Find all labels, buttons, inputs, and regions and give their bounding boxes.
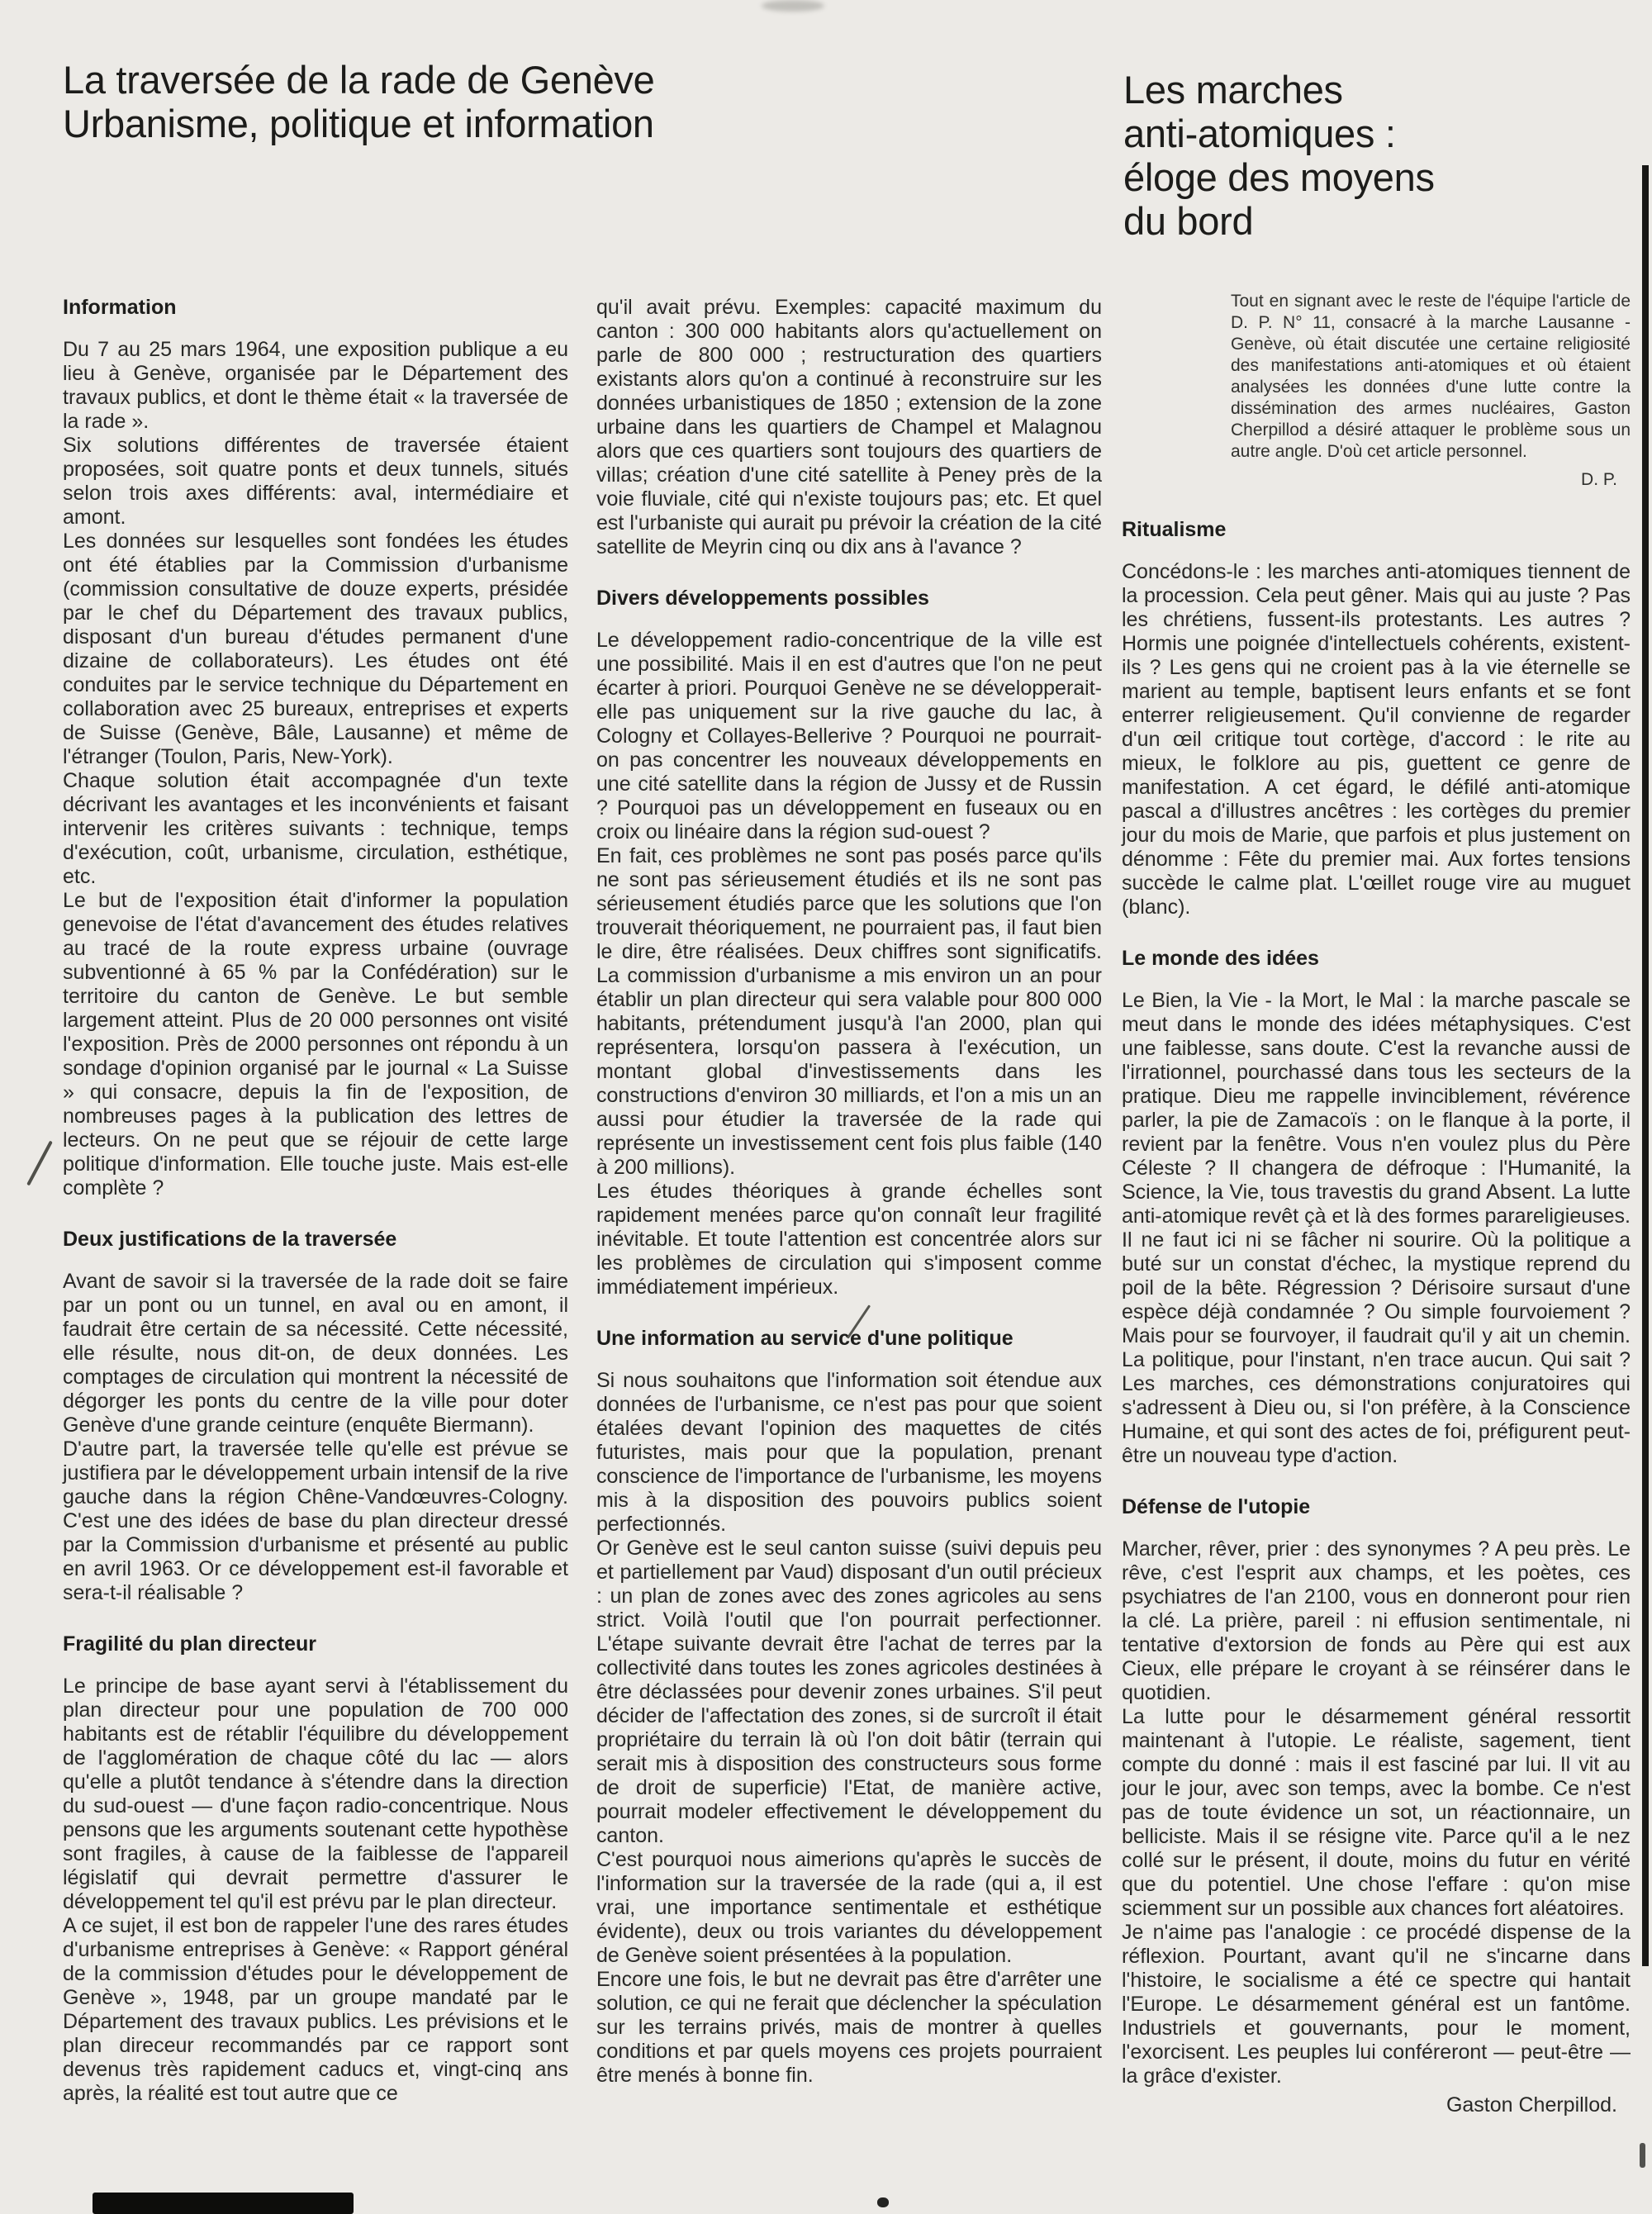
body-paragraph: Les données sur lesquelles sont fondées … <box>63 530 568 769</box>
left-article-title: La traversée de la rade de Genève Urbani… <box>63 58 654 145</box>
body-paragraph: Si nous souhaitons que l'information soi… <box>596 1369 1102 1537</box>
title-line: Les marches <box>1123 68 1619 112</box>
body-paragraph: Le développement radio-concentrique de l… <box>596 629 1102 844</box>
section-heading-information-politique: Une information au service d'une politiq… <box>596 1327 1102 1351</box>
column-2: qu'il avait prévu. Exemples: capacité ma… <box>596 296 1102 2088</box>
body-paragraph: Le principe de base ayant servi à l'étab… <box>63 1675 568 1914</box>
title-line: anti-atomiques : <box>1123 112 1619 155</box>
section-heading-information: Information <box>63 296 568 320</box>
body-paragraph: Le Bien, la Vie - la Mort, le Mal : la m… <box>1122 989 1631 1468</box>
title-line: La traversée de la rade de Genève <box>63 58 654 102</box>
body-paragraph: Six solutions différentes de traversée é… <box>63 434 568 530</box>
body-paragraph: C'est pourquoi nous aimerions qu'après l… <box>596 1848 1102 1968</box>
body-paragraph: Du 7 au 25 mars 1964, une exposition pub… <box>63 338 568 434</box>
column-3: Tout en signant avec le reste de l'équip… <box>1122 291 1631 2117</box>
section-heading-fragilite: Fragilité du plan directeur <box>63 1632 568 1656</box>
section-heading-monde-des-idees: Le monde des idées <box>1122 947 1631 971</box>
scan-artifact-right-edge-line <box>1642 165 1649 1966</box>
intro-signature: D. P. <box>1122 469 1631 491</box>
body-paragraph: En fait, ces problèmes ne sont pas posés… <box>596 844 1102 1180</box>
title-line: Urbanisme, politique et information <box>63 102 654 145</box>
right-article-title: Les marches anti-atomiques : éloge des m… <box>1123 68 1619 243</box>
section-heading-defense-utopie: Défense de l'utopie <box>1122 1495 1631 1519</box>
editorial-intro-note: Tout en signant avec le reste de l'équip… <box>1231 291 1631 463</box>
body-paragraph: A ce sujet, il est bon de rappeler l'une… <box>63 1914 568 2106</box>
body-paragraph: Marcher, rêver, prier : des synonymes ? … <box>1122 1537 1631 1705</box>
body-paragraph: Concédons-le : les marches anti-atomique… <box>1122 560 1631 919</box>
scan-artifact-pen-mark <box>26 1141 53 1186</box>
body-paragraph: Les études théoriques à grande échelles … <box>596 1180 1102 1299</box>
section-heading-developpements: Divers développements possibles <box>596 587 1102 611</box>
author-signature: Gaston Cherpillod. <box>1122 2093 1631 2117</box>
body-paragraph: Le but de l'exposition était d'informer … <box>63 889 568 1200</box>
column-1: Information Du 7 au 25 mars 1964, une ex… <box>63 296 568 2106</box>
title-line: du bord <box>1123 199 1619 243</box>
scan-artifact-speck <box>1640 2143 1645 2168</box>
title-line: éloge des moyens <box>1123 155 1619 199</box>
section-heading-justifications: Deux justifications de la traversée <box>63 1228 568 1252</box>
body-paragraph: Encore une fois, le but ne devrait pas ê… <box>596 1968 1102 2088</box>
body-paragraph: Je n'aime pas l'analogie : ce procédé di… <box>1122 1921 1631 2088</box>
newspaper-page: La traversée de la rade de Genève Urbani… <box>0 0 1652 2214</box>
scan-artifact-top-smudge <box>762 0 824 12</box>
body-paragraph: Chaque solution était accompagnée d'un t… <box>63 769 568 889</box>
body-paragraph: D'autre part, la traversée telle qu'elle… <box>63 1437 568 1605</box>
scan-artifact-speck <box>877 2197 889 2207</box>
body-paragraph: Or Genève est le seul canton suisse (sui… <box>596 1537 1102 1848</box>
body-paragraph: qu'il avait prévu. Exemples: capacité ma… <box>596 296 1102 559</box>
scan-artifact-bottom-bar <box>93 2193 354 2214</box>
section-heading-ritualisme: Ritualisme <box>1122 518 1631 542</box>
body-paragraph: Avant de savoir si la traversée de la ra… <box>63 1270 568 1437</box>
body-paragraph: La lutte pour le désarmement général res… <box>1122 1705 1631 1921</box>
